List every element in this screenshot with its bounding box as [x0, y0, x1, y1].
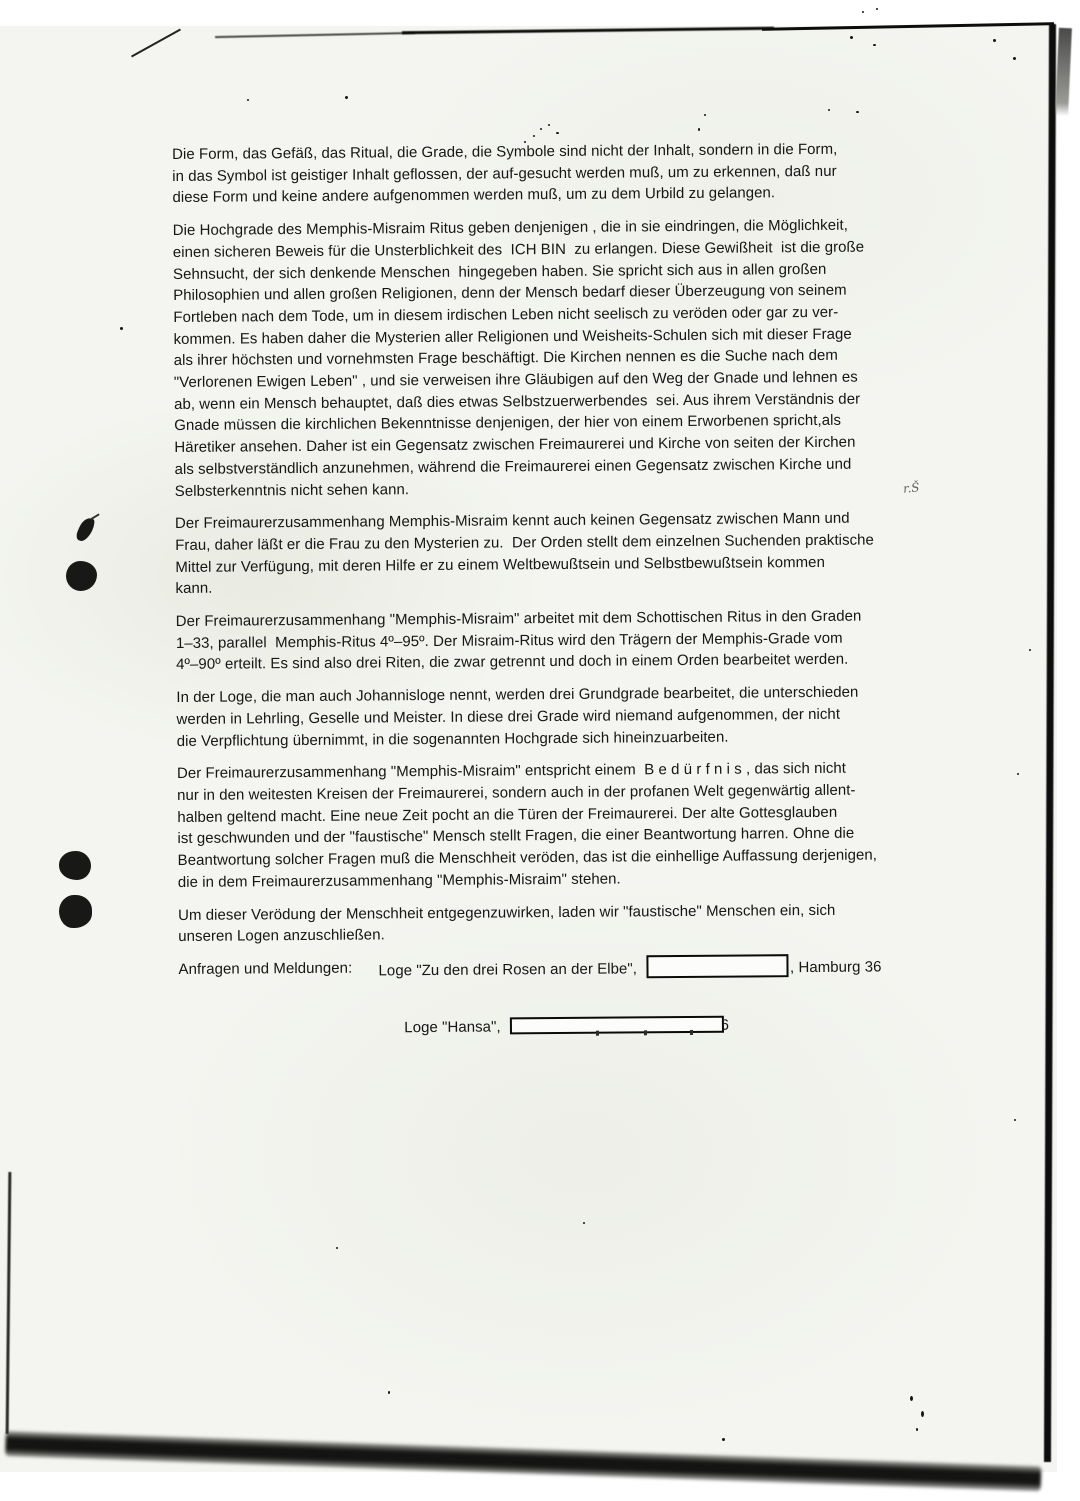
dust-speck	[548, 124, 550, 126]
contact-section: Anfragen und Meldungen: Loge "Zu den dre…	[178, 953, 969, 1063]
paragraph: Die Hochgrade des Memphis-Misraim Ritus …	[173, 214, 965, 502]
dust-speck	[876, 8, 878, 10]
dust-speck	[873, 44, 876, 46]
dust-speck	[1013, 57, 1016, 60]
document-text: Die Form, das Gefäß, das Ritual, die Gra…	[172, 138, 969, 1063]
redaction-box	[646, 954, 788, 978]
lodge2-name: Loge "Hansa",	[404, 1019, 501, 1037]
dust-speck	[704, 114, 706, 116]
dust-speck	[828, 109, 830, 111]
lodge1-name: Loge "Zu den drei Rosen an der Elbe",	[378, 960, 637, 979]
dust-speck	[120, 327, 123, 330]
paragraph: Um dieser Verödung der Menschheit entgeg…	[178, 898, 968, 948]
scanned-document-page: { "document": { "language": "de", "parag…	[0, 0, 1080, 1501]
paragraph: Der Freimaurerzusammenhang "Memphis-Misr…	[177, 757, 968, 893]
dust-speck	[1029, 649, 1031, 651]
dust-speck	[524, 141, 526, 143]
ink-blob	[59, 895, 92, 928]
dust-speck	[921, 1411, 924, 1417]
dust-speck	[336, 1247, 338, 1249]
dust-speck	[856, 111, 859, 113]
dust-speck	[583, 1222, 585, 1224]
dust-speck	[698, 128, 700, 131]
dust-speck	[862, 11, 864, 13]
dust-speck	[556, 132, 559, 134]
redaction-box	[510, 1016, 724, 1035]
dust-speck	[1017, 773, 1019, 775]
redacted-text-remnant	[644, 1031, 647, 1036]
dust-speck	[916, 1428, 918, 1431]
paragraph: Die Form, das Gefäß, das Ritual, die Gra…	[172, 138, 962, 209]
dust-speck	[1014, 1119, 1016, 1121]
paragraph: Der Freimaurerzusammenhang Memphis-Misra…	[175, 507, 966, 600]
dust-speck	[533, 135, 535, 137]
dust-speck	[540, 128, 542, 130]
dust-speck	[345, 96, 348, 99]
dust-speck	[247, 99, 249, 101]
dust-speck	[850, 36, 853, 39]
lodge1-city: , Hamburg 36	[790, 958, 882, 976]
dust-speck	[910, 1396, 913, 1401]
dust-speck	[993, 39, 996, 42]
lodge2-line: Loge "Hansa",6	[379, 991, 969, 1061]
redacted-text-remnant	[596, 1031, 599, 1036]
scan-shadow-wedge	[1055, 28, 1072, 116]
contact-label: Anfragen und Meldungen:	[178, 957, 378, 980]
lodge1-line: Loge "Zu den drei Rosen an der Elbe",, H…	[378, 953, 881, 982]
ink-blob	[59, 851, 91, 880]
redacted-text-remnant	[690, 1030, 693, 1035]
paragraph: Der Freimaurerzusammenhang "Memphis-Misr…	[176, 605, 966, 676]
paragraph: In der Loge, die man auch Johannisloge n…	[176, 681, 966, 752]
dust-speck	[388, 1391, 390, 1394]
dust-speck	[722, 1438, 725, 1441]
